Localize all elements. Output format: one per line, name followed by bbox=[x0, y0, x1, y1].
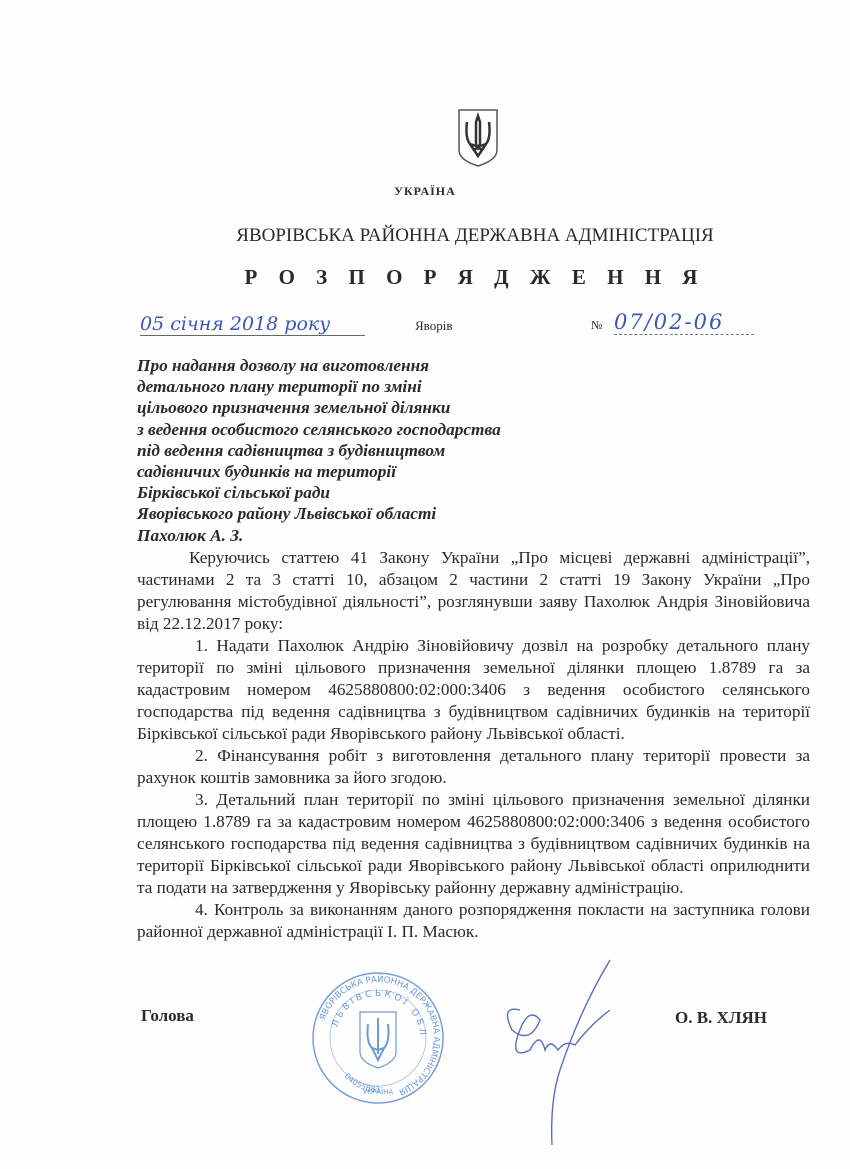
order-item-3: 3. Детальний план території по зміні ціл… bbox=[137, 789, 810, 899]
document-number: 07/02-06 bbox=[614, 310, 754, 335]
signatory-role: Голова bbox=[141, 1006, 194, 1026]
subject-line: під ведення садівництва з будівництвом bbox=[137, 440, 501, 461]
signatory-name: О. В. ХЛЯН bbox=[675, 1008, 767, 1028]
subject-line: садівничих будинків на території bbox=[137, 461, 501, 482]
subject-line: Про надання дозволу на виготовлення bbox=[137, 355, 501, 376]
document-type-title: Р О З П О Р Я Д Ж Е Н Н Я bbox=[0, 265, 850, 290]
seal-bottom-text: УКРАЇНА bbox=[363, 1087, 394, 1096]
order-item-1: 1. Надати Пахолюк Андрію Зіновійовичу до… bbox=[137, 635, 810, 745]
document-date: 05 січня 2018 року bbox=[140, 313, 365, 336]
organization-name: ЯВОРІВСЬКА РАЙОННА ДЕРЖАВНА АДМІНІСТРАЦІ… bbox=[0, 225, 850, 247]
subject-line: цільового призначення земельної ділянки bbox=[137, 397, 501, 418]
seal-trident-icon bbox=[360, 1012, 396, 1068]
subject-line: Бірківської сільської ради bbox=[137, 482, 501, 503]
order-item-4: 4. Контроль за виконанням даного розпоря… bbox=[137, 899, 810, 943]
subject-line: Пахолюк А. З. bbox=[137, 525, 501, 546]
document-place: Яворів bbox=[415, 318, 452, 334]
document-number-label: № bbox=[591, 318, 602, 333]
handwritten-signature bbox=[490, 950, 620, 1150]
subject-line: Яворівського району Львівської області bbox=[137, 503, 501, 524]
trident-coat-of-arms-icon bbox=[457, 108, 499, 168]
official-seal-stamp: ЯВОРІВСЬКА РАЙОННА ДЕРЖАВНА АДМІНІСТРАЦІ… bbox=[310, 970, 446, 1106]
country-heading: УКРАЇНА bbox=[0, 184, 850, 199]
subject-line: з ведення особистого селянського господа… bbox=[137, 419, 501, 440]
document-subject: Про надання дозволу на виготовлення дета… bbox=[137, 355, 501, 546]
preamble-paragraph: Керуючись статтею 41 Закону України „Про… bbox=[137, 547, 810, 635]
order-item-2: 2. Фінансування робіт з виготовлення дет… bbox=[137, 745, 810, 789]
document-body: Керуючись статтею 41 Закону України „Про… bbox=[137, 547, 810, 943]
subject-line: детального плану території по зміні bbox=[137, 376, 501, 397]
